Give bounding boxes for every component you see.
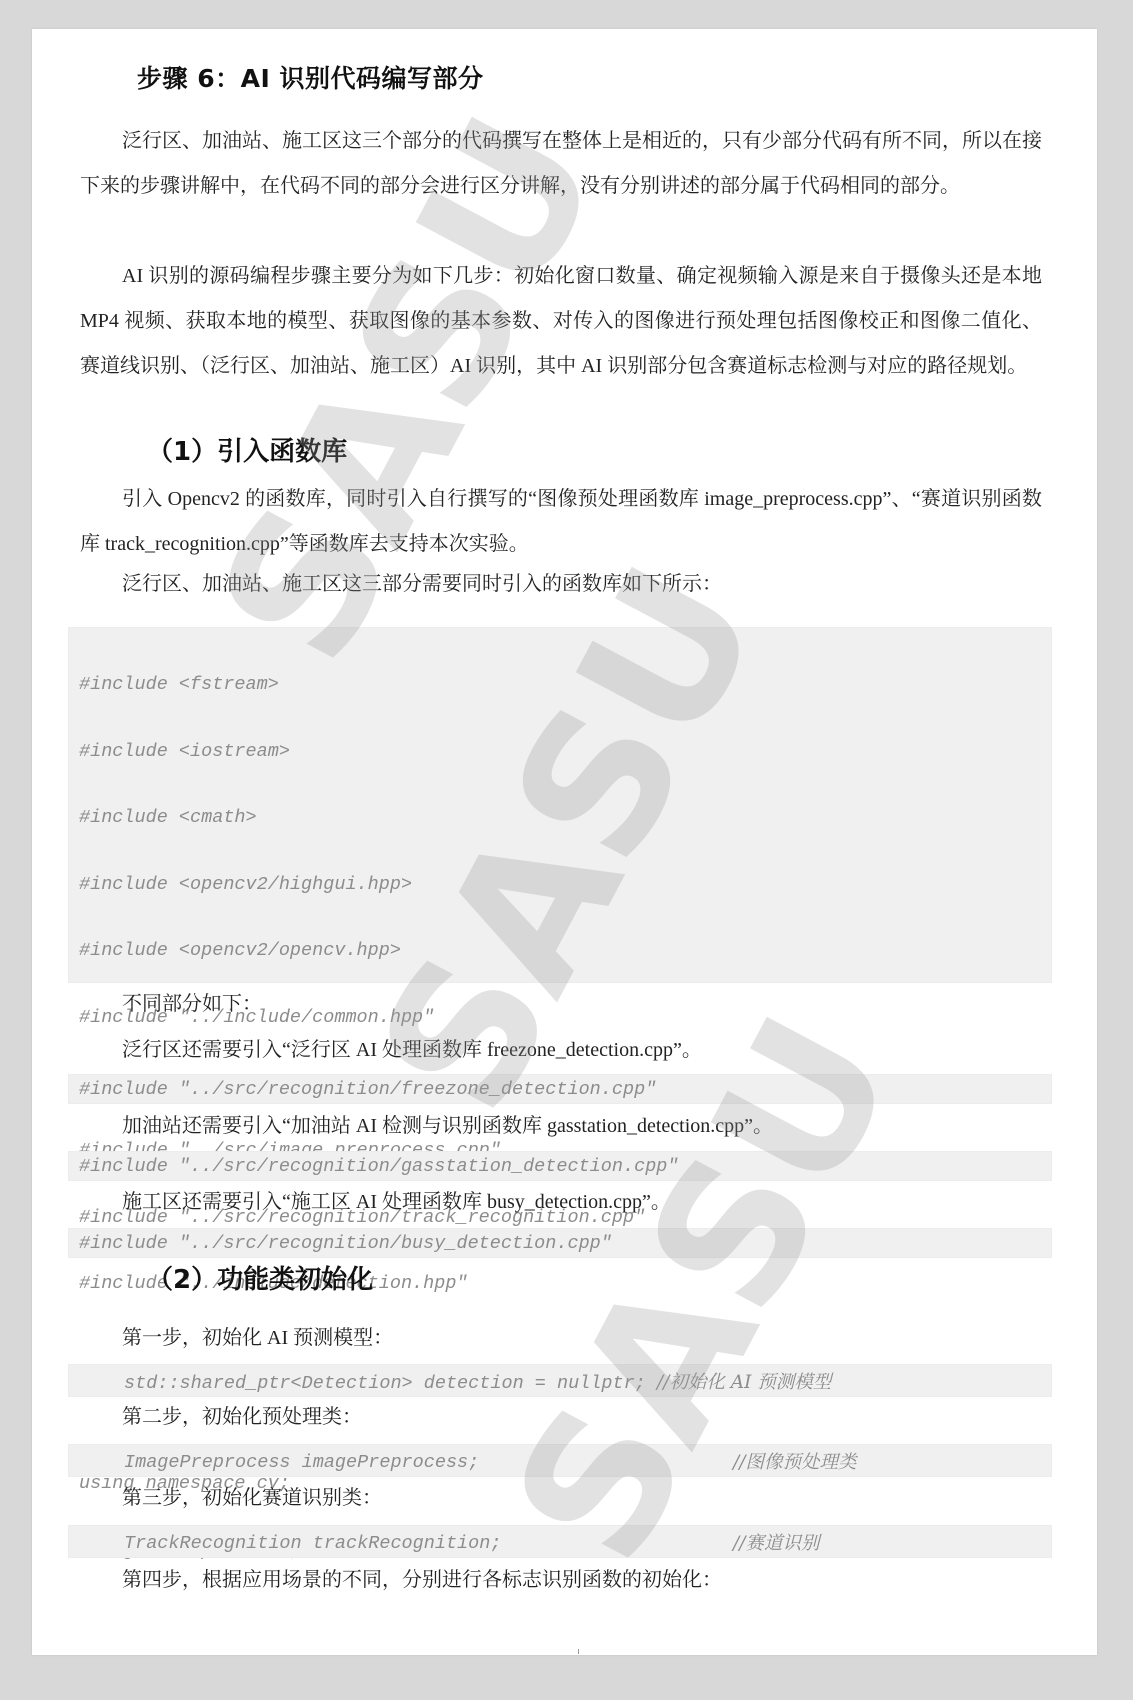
busy-text: 施工区还需要引入“施工区 AI 处理函数库 busy_detection.cpp… [122,1185,671,1214]
code-line: #include <iostream> [79,740,1041,765]
different-parts-label: 不同部分如下： [122,987,262,1016]
code-line: #include <opencv2/highgui.hpp> [79,873,1041,898]
step1-comment: //初始化 AI 预测模型 [657,1372,831,1393]
step3-comment: //赛道识别 [733,1526,819,1562]
step2-code: ImagePreprocess imagePreprocess; [124,1452,479,1473]
page-heading: 步骤 6：AI 识别代码编写部分 [137,59,483,95]
step1-text: 第一步，初始化 AI 预测模型： [122,1321,393,1350]
busy-code-block: #include "../src/recognition/busy_detect… [68,1228,1052,1258]
document-page: 步骤 6：AI 识别代码编写部分 泛行区、加油站、施工区这三个部分的代码撰写在整… [32,29,1097,1655]
code-line: #include <fstream> [79,673,1041,698]
step2-text: 第二步，初始化预处理类： [122,1400,362,1429]
page-footer-mark [578,1649,579,1654]
step3-code-block: TrackRecognition trackRecognition;//赛道识别 [68,1525,1052,1558]
import-paragraph: 引入 Opencv2 的函数库，同时引入自行撰写的“图像预处理函数库 image… [80,477,1042,567]
section-title-class-init: （2）功能类初始化 [147,1259,373,1296]
step1-code-block: std::shared_ptr<Detection> detection = n… [68,1364,1052,1397]
step1-code: std::shared_ptr<Detection> detection = n… [124,1373,657,1394]
steps-paragraph: AI 识别的源码编程步骤主要分为如下几步：初始化窗口数量、确定视频输入源是来自于… [80,254,1042,389]
common-libraries-intro: 泛行区、加油站、施工区这三部分需要同时引入的函数库如下所示： [122,567,722,596]
page-content: 步骤 6：AI 识别代码编写部分 泛行区、加油站、施工区这三个部分的代码撰写在整… [32,29,1097,1655]
gasstation-text: 加油站还需要引入“加油站 AI 检测与识别函数库 gasstation_dete… [122,1109,773,1138]
gasstation-code-block: #include "../src/recognition/gasstation_… [68,1151,1052,1181]
common-includes-code-block: #include <fstream> #include <iostream> #… [68,627,1052,983]
freezone-code-block: #include "../src/recognition/freezone_de… [68,1074,1052,1104]
code-line: #include <opencv2/opencv.hpp> [79,939,1041,964]
code-line: #include <cmath> [79,806,1041,831]
freezone-text: 泛行区还需要引入“泛行区 AI 处理函数库 freezone_detection… [122,1033,702,1062]
step3-code: TrackRecognition trackRecognition; [124,1533,501,1554]
step2-comment: //图像预处理类 [733,1445,856,1481]
step3-text: 第三步，初始化赛道识别类： [122,1481,382,1510]
step2-code-block: ImagePreprocess imagePreprocess;//图像预处理类 [68,1444,1052,1477]
section-title-import-libraries: （1）引入函数库 [147,431,347,468]
step4-text: 第四步，根据应用场景的不同，分别进行各标志识别函数的初始化： [122,1563,722,1592]
intro-paragraph: 泛行区、加油站、施工区这三个部分的代码撰写在整体上是相近的，只有少部分代码有所不… [80,119,1042,209]
